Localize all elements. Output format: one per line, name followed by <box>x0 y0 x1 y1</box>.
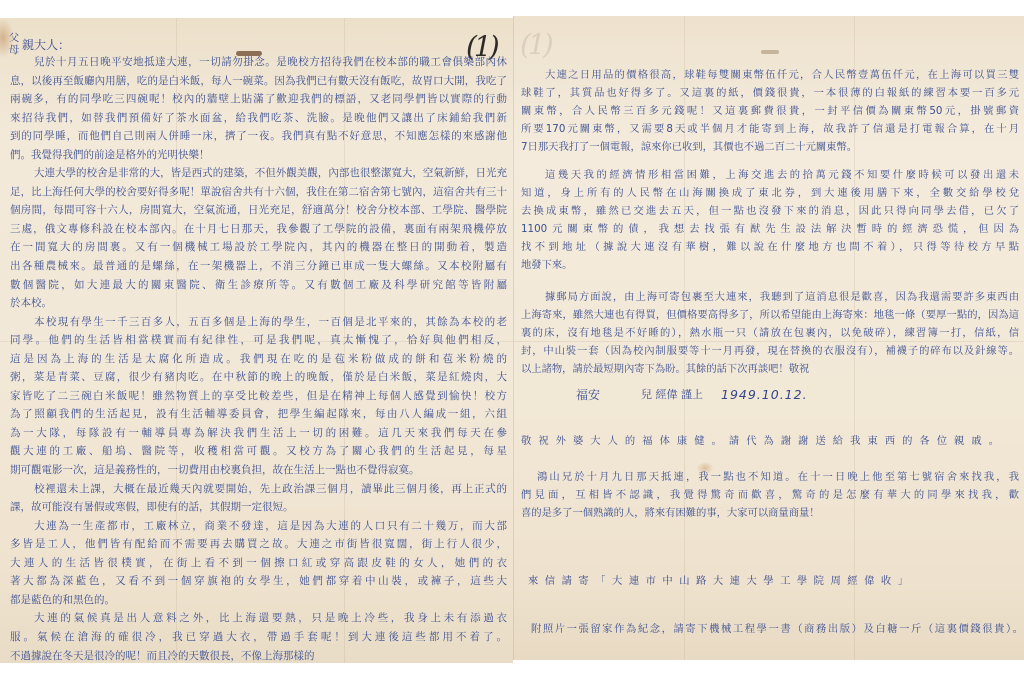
text-line: 去換成東幣，雖然已交進去五天，但一點也沒發下來的消息，因此只得向同學去借，已欠了 <box>521 202 1019 220</box>
text-line: 數個醫院，如大連最大的關東醫院、衛生診療所等。又有數個工廠及科學研究館等皆附屬 <box>10 276 507 295</box>
letter-body-right-p1: 大連之日用品的價格很高，球鞋每雙關東幣伍仟元，合人民幣壹萬伍仟元，在上海可以買三… <box>521 66 1019 156</box>
text-line: 這幾天我的經濟情形相當困難，上海交進去的拾萬元錢不知要什麼時候可以發出還未 <box>521 166 1019 184</box>
signature: 兒 經偉 謹上 <box>641 384 703 406</box>
text-line: 到的同學睡，而他們自己則兩人併睡一床，擠了一夜。我們真有點不好意思，不知應怎樣的… <box>10 127 507 146</box>
text-line: 校裡還未上課，大概在最近幾天內就要開始，先上政治課三個月，讀畢此三個月後，再上正… <box>10 480 507 499</box>
text-line: 地發下來。 <box>521 256 1019 274</box>
postscript-note: 鴻山兄於十月九日那天抵連，我一點也不知道。在十一日晚上他至第七號宿舍來找我，我們… <box>521 468 1019 522</box>
text-line: 敬祝外婆大人的福体康健。請代為謝謝送給我東西的各位親戚。 <box>521 432 999 450</box>
letter-page-left: (1) 父 母 親大人： 兒於十月五日晚平安地抵達大連，一切請勿掛念。是晚校方招… <box>0 18 513 663</box>
text-line: 來招待我們，如替我們預備好了茶水面盆，給我們吃茶、洗臉。是晚他們又讓出了床鋪給我… <box>10 109 507 128</box>
text-line: 大連為一生產都市，工廠林立，商業不發達，這是因為大連的人口只有二十幾万，而大部 <box>10 517 507 536</box>
paragraph: 大連為一生產都市，工廠林立，商業不發達，這是因為大連的人口只有二十幾万，而大部多… <box>10 517 507 610</box>
return-address: 來信請寄「大連市中山路大連大學工學院周經偉收」 <box>528 572 908 590</box>
text-line: 這是因為上海的生活是太腐化所造成。我們現在吃的是苞米粉做成的餅和苞米粉燒的 <box>10 350 507 369</box>
text-line: 為了照顧我們的生活起見，設有生活輔導委員會，把學生編起隊來，每由八人編成一組，六… <box>10 405 507 424</box>
text-line: 封，中山裝一套（因為校內制服要等十一月再發，現在替換的衣服沒有），補襪子的碎布以… <box>521 342 1019 360</box>
salutation-father: 父 <box>8 32 20 44</box>
text-line: 粥，菜是青菜、豆腐，很少有豬肉吃。在中秋節的晚上的晚飯，僅於是白米飯，菜是紅燒肉… <box>10 368 507 387</box>
text-line: 據郵局方面說，由上海可寄包裹至大連來，我聽到了這消息很是歡喜，因為我還需要許多東… <box>521 288 1019 306</box>
text-line: 服。氣候在滄海的確很冷，我已穿過大衣，帶過手套呢！到大連後這些都用不着了。 <box>10 628 507 647</box>
paragraph: 大連的氣候真是出人意料之外，比上海還要熱，只是晚上冷些，我身上未有添過衣服。氣候… <box>10 609 507 663</box>
text-line: 來信請寄「大連市中山路大連大學工學院周經偉收」 <box>528 572 908 590</box>
text-line: 鴻山兄於十月九日那天抵連，我一點也不知道。在十一日晚上他至第七號宿舍來找我，我 <box>521 468 1019 486</box>
text-line: 大連人的生活皆很樸實，在街上看不到一個擦口紅或穿高跟皮鞋的女人，她們的衣 <box>10 554 507 573</box>
text-line: 們。我覺得我們的前途是格外的光明快樂！ <box>10 146 507 165</box>
page-number-mark-showthrough: (1) <box>520 30 551 60</box>
text-line: 大連的氣候真是出人意料之外，比上海還要熱，只是晚上冷些，我身上未有添過衣 <box>10 609 507 628</box>
text-line: 球鞋了，其質品也好得多了。又這裏的紙，價錢很貴，一本很薄的白報紙的練習本要一百多… <box>521 84 1019 102</box>
letter-page-right: (1) 大連之日用品的價格很高，球鞋每雙關東幣伍仟元，合人民幣壹萬伍仟元，在上海… <box>513 16 1024 660</box>
text-line: 關東幣，合人民幣三百多元錢呢！又這裏郵費很貴，一封平信價為關東幣50元，掛號郵資 <box>521 102 1019 120</box>
paragraph: 這幾天我的經濟情形相當困難，上海交進去的拾萬元錢不知要什麼時候可以發出還未知道，… <box>521 166 1019 274</box>
text-line: 上海寄來，雖然大連也有得買，但價格要高得多了，所以希望能由上海寄來：地毯一條（要… <box>521 306 1019 324</box>
text-line: 足，比上海任何大學的校舍要好得多呢！單說宿舍共有十六個，我住在第二宿舍第七號內，… <box>10 183 507 202</box>
text-line: 兒於十月五日晚平安地抵達大連，一切請勿掛念。是晚校方招待我們在校本部的職工會俱樂… <box>10 53 507 72</box>
text-line: 著大都為深藍色，又看不到一個穿旗袍的女學生，她們都穿着中山裝，或褲子，這些大 <box>10 572 507 591</box>
text-line: 觀大連的工廠、船塢、醫院等，收穫相當可觀。又校方為了關心我們的生活起見，每星 <box>10 442 507 461</box>
text-line: 在一間寬大的房間裏。又有一個機械工場設於工學院內，其內的機器在整日的開動着，製造 <box>10 238 507 257</box>
text-line: 家皆吃了二三碗白米飯呢！雖然物質上的享受比較差些，但是在精神上每個人感覺到愉快！… <box>10 387 507 406</box>
text-line: 知道，身上所有的人民幣在山海關換成了東北券，到大連後用膳下來，全數交給學校兌 <box>521 184 1019 202</box>
text-line: 所要170元關東幣，又需要8天或半個月才能寄到上海，故我許了信還是打電報合算，在… <box>521 120 1019 138</box>
text-line: 本校現有學生一千三百多人，五百多個是上海的學生，一百個是北平來的，其餘為本校的老 <box>10 313 507 332</box>
text-line: 們見面，互相皆不認識，我覺得驚奇而歡喜，驚奇的是怎麼有華大的同學來找我，歡 <box>521 486 1019 504</box>
paragraph: 據郵局方面說，由上海可寄包裹至大連來，我聽到了這消息很是歡喜，因為我還需要許多東… <box>521 288 1019 378</box>
text-line: 大連之日用品的價格很高，球鞋每雙關東幣伍仟元，合人民幣壹萬伍仟元，在上海可以買三… <box>521 66 1019 84</box>
text-line: 於本校。 <box>10 294 507 313</box>
text-line: 出各種農械來。最普通的是螺絲，在一架機器上，不消三分鐘已車成一隻大螺絲。又本校附… <box>10 257 507 276</box>
text-line: 多皆是工人，他們皆有配給而不需要再去購買之故。大連之市街皆很寬闊，街上行人很少， <box>10 535 507 554</box>
text-line: 個房間，每間可容十六人，房間寬大，空氣流通，日光充足，舒適萬分！校舍分校本部、工… <box>10 201 507 220</box>
text-line: 以上諸物，請於最短期內寄下為盼。其餘的話下次再談吧！敬祝 <box>521 360 1019 378</box>
text-line: 1100元關東幣的債，我想去找張有猷先生設法解決暫時的經濟恐慌，但因為 <box>521 220 1019 238</box>
enclosure-note: 附照片一張留家作為紀念，請寄下機械工程學一書（商務出版）及白糖一斤（這裏價錢很貴… <box>531 620 1023 638</box>
text-line: 7日那天我打了一個電報，諒來你已收到，其價也不過二百二十元關東幣。 <box>521 138 1019 156</box>
text-line: 找不到地址（據說大連沒有華樹，難以說在什麼地方也問不着），只得等待校方早點 <box>521 238 1019 256</box>
text-line: 裏的床，沒有地毯是不好睡的），熱水瓶一只（請放在包裹內，以免破碎），練習簿一打，… <box>521 324 1019 342</box>
text-line: 為一大隊，每隊設有一輔導員專為解決我們生活上一切的困難。這几天來我們每天在參 <box>10 424 507 443</box>
salutation-rest: 親大人： <box>22 38 70 52</box>
text-line: 喜的是多了一個熟識的人，將來有困難的事，大家可以商量商量！ <box>521 504 1019 522</box>
text-line: 大連大學的校舍是非常的大，皆是西式的建築，不但外觀美觀，內部也很整潔寬大，空氣新… <box>10 164 507 183</box>
text-line: 息，以後再至飯廳內用膳，吃的是白米飯，每人一碗菜。因為我們已有數天沒有飯吃，故胃… <box>10 72 507 91</box>
text-line: 不過據說在冬天是很冷的呢！而且冷的天數很長，不像上海那樣的 <box>10 647 507 664</box>
paragraph: 大連大學的校舍是非常的大，皆是西式的建築，不但外觀美觀，內部也很整潔寬大，空氣新… <box>10 164 507 312</box>
paragraph: 兒於十月五日晚平安地抵達大連，一切請勿掛念。是晚校方招待我們在校本部的職工會俱樂… <box>10 53 507 164</box>
text-line: 都是藍色的和黑色的。 <box>10 591 507 610</box>
paragraph: 校裡還未上課，大概在最近幾天內就要開始，先上政治課三個月，讀畢此三個月後，再上正… <box>10 480 507 517</box>
rust-mark <box>761 50 779 54</box>
text-line: 三處，俄文專修科設在校本部內。在十月七日那天，我參觀了工學院的設備，裏面有兩架飛… <box>10 220 507 239</box>
text-line: 附照片一張留家作為紀念，請寄下機械工程學一書（商務出版）及白糖一斤（這裏價錢很貴… <box>531 620 1023 638</box>
letter-closing: 福安 兒 經偉 謹上 1949.10.12. <box>514 384 1024 406</box>
letter-body-right-p3: 據郵局方面說，由上海可寄包裹至大連來，我聽到了這消息很是歡喜，因為我還需要許多東… <box>521 288 1019 378</box>
letter-body-right-p2: 這幾天我的經濟情形相當困難，上海交進去的拾萬元錢不知要什麼時候可以發出還未知道，… <box>521 166 1019 274</box>
paragraph: 本校現有學生一千三百多人，五百多個是上海的學生，一百個是北平來的，其餘為本校的老… <box>10 313 507 480</box>
paragraph: 大連之日用品的價格很高，球鞋每雙關東幣伍仟元，合人民幣壹萬伍仟元，在上海可以買三… <box>521 66 1019 156</box>
letter-body-left: 兒於十月五日晚平安地抵達大連，一切請勿掛念。是晚校方招待我們在校本部的職工會俱樂… <box>10 53 507 663</box>
letter-date: 1949.10.12. <box>721 384 808 406</box>
text-line: 期可觀電影一次，這是義務性的，一切費用由校裏負担，故在生活上一點也不覺得寂寞。 <box>10 461 507 480</box>
postscript-greeting: 敬祝外婆大人的福体康健。請代為謝謝送給我東西的各位親戚。 <box>521 432 999 450</box>
closing-blessing: 福安 <box>576 384 600 406</box>
text-line: 課，故可能沒有暑假或寒假，即使有的話，其假期一定很短。 <box>10 498 507 517</box>
text-line: 兩碗多，有的同學吃三四碗呢！校內的牆壁上貼滿了歡迎我們的標語，又老同學們皆以實際… <box>10 90 507 109</box>
text-line: 同學。他們的生活皆相當樸實而有紀律性，可是我們呢，真太慚愧了，恰好與他們相反， <box>10 331 507 350</box>
